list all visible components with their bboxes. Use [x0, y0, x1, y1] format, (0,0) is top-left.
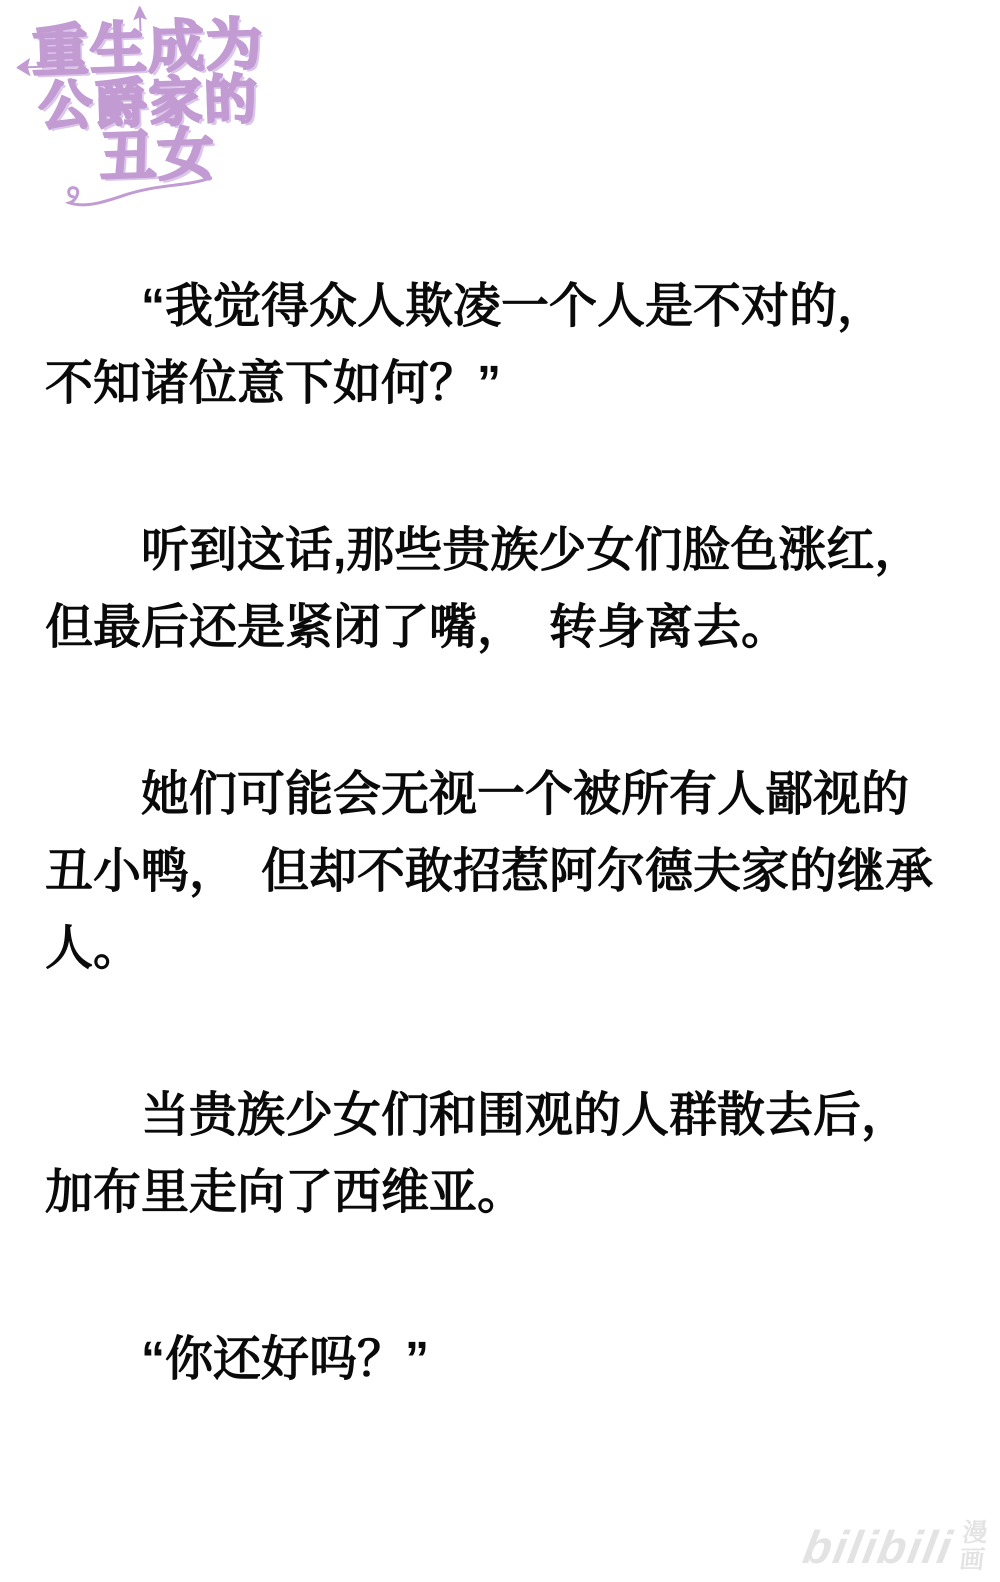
paragraph: 当贵族少女们和围观的人群散去后， 加布里走向了西维亚。: [45, 1077, 961, 1231]
chapter-text: “我觉得众人欺凌一个人是不对的， 不知诸位意下如何？” 听到这话,那些贵族少女们…: [45, 268, 961, 1398]
text-line: 人。: [45, 910, 961, 987]
text-line: “你还好吗？”: [45, 1321, 961, 1398]
bilibili-logo-text: bilibili: [800, 1524, 957, 1570]
logo-spear-icon: [127, 6, 154, 33]
text-line: “我觉得众人欺凌一个人是不对的，: [45, 268, 961, 345]
text-line: 听到这话,那些贵族少女们脸色涨红，: [45, 512, 961, 589]
manhua-char-2: 画: [958, 1547, 986, 1574]
text-line: 但最后还是紧闭了嘴， 转身离去。: [45, 589, 961, 666]
paragraph: “我觉得众人欺凌一个人是不对的， 不知诸位意下如何？”: [45, 268, 961, 422]
paragraph: 她们可能会无视一个被所有人鄙视的 丑小鸭， 但却不敢招惹阿尔德夫家的继承 人。: [45, 756, 961, 987]
manga-text-page[interactable]: { "logo": { "line1": "重生成为", "line2": "公…: [0, 0, 1000, 1582]
manhua-char-1: 漫: [961, 1520, 989, 1547]
logo-swash-icon: [65, 172, 216, 211]
text-line: 当贵族少女们和围观的人群散去后，: [45, 1077, 961, 1154]
text-line: 丑小鸭， 但却不敢招惹阿尔德夫家的继承: [45, 833, 961, 910]
series-title-logo: 重生成为 公爵家的 丑女: [31, 16, 269, 190]
logo-arrow-icon: [16, 56, 47, 79]
bilibili-manga-watermark: bilibili 漫 画: [804, 1520, 986, 1574]
text-line: 不知诸位意下如何？”: [45, 345, 961, 422]
manhua-label: 漫 画: [958, 1520, 989, 1574]
paragraph: “你还好吗？”: [45, 1321, 961, 1398]
text-line: 她们可能会无视一个被所有人鄙视的: [45, 756, 961, 833]
text-line: 加布里走向了西维亚。: [45, 1154, 961, 1231]
paragraph: 听到这话,那些贵族少女们脸色涨红， 但最后还是紧闭了嘴， 转身离去。: [45, 512, 961, 666]
